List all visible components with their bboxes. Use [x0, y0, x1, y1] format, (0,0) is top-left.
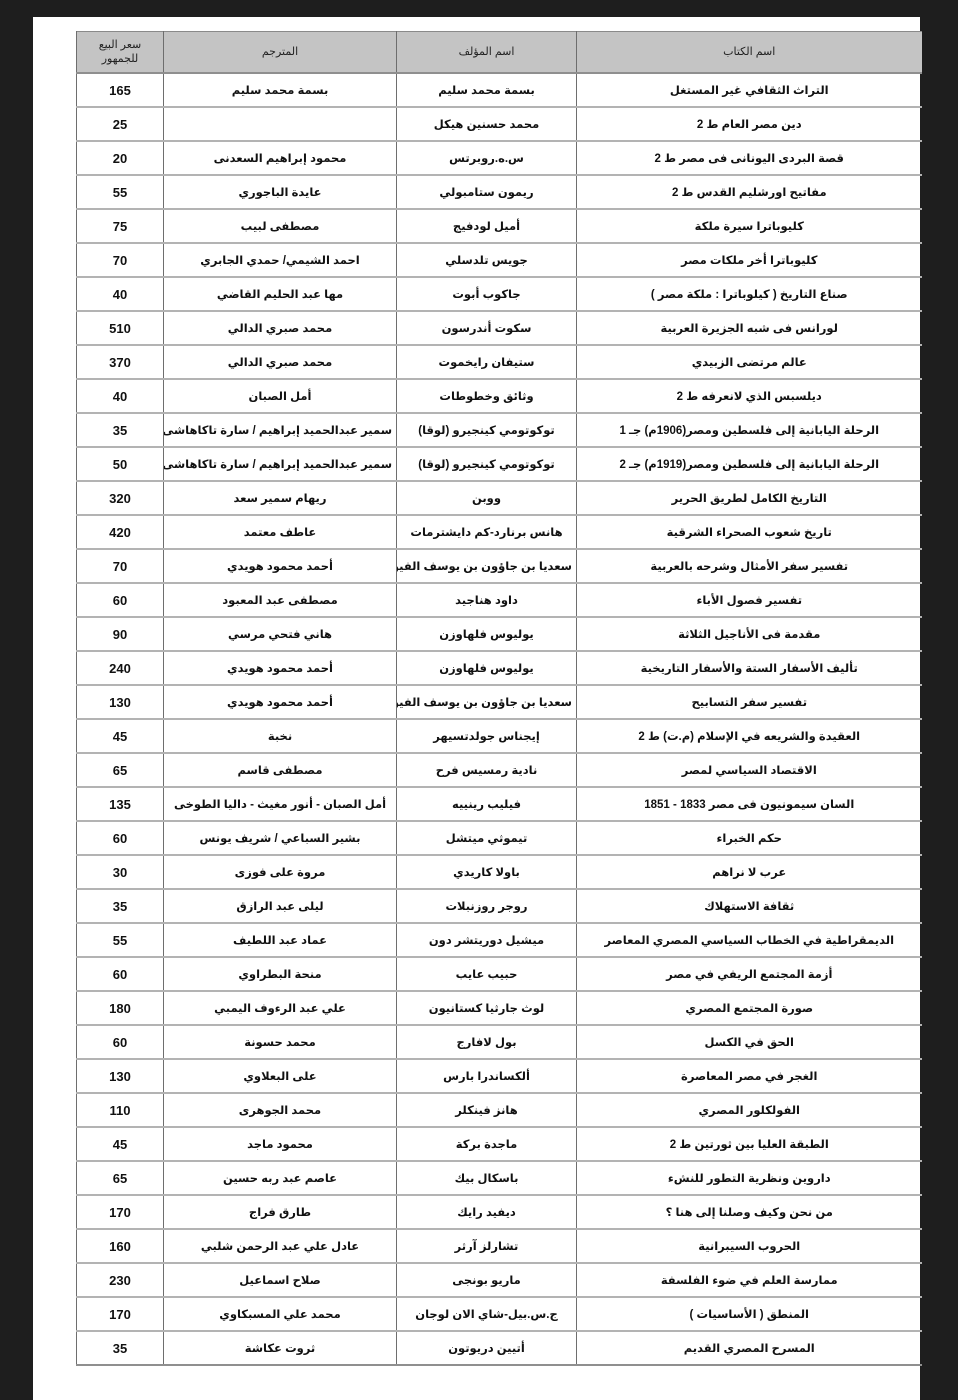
cell-price: 60 [77, 957, 164, 991]
cell-translator: أحمد محمود هويدي [164, 549, 397, 583]
table-row: المسرح المصري القديمأتيين دريوتونثروت عك… [77, 1331, 922, 1365]
cell-price: 55 [77, 175, 164, 209]
cell-translator: أمل الصبان [164, 379, 397, 413]
cell-translator: مها عبد الحليم القاضي [164, 277, 397, 311]
cell-title: الحروب السيبرانية [577, 1229, 922, 1263]
cell-price: 135 [77, 787, 164, 821]
table-row: العقيدة والشريعه في الإسلام (م.ت) ط 2إيج… [77, 719, 922, 753]
cell-translator: محمد الجوهرى [164, 1093, 397, 1127]
table-row: كليوباترا أخر ملكات مصرجويس تلدسلياحمد ا… [77, 243, 922, 277]
cell-title: تأليف الأسفار الستة والأسفار التاريخية [577, 651, 922, 685]
cell-price: 45 [77, 1127, 164, 1161]
cell-price: 40 [77, 379, 164, 413]
cell-title: كليوباترا أخر ملكات مصر [577, 243, 922, 277]
cell-title: الرحلة اليابانية إلى فلسطين ومصر(1906م) … [577, 413, 922, 447]
cell-title: تاريخ شعوب الصحراء الشرقية [577, 515, 922, 549]
cell-price: 170 [77, 1195, 164, 1229]
table-row: صورة المجتمع المصريلوث جارثيا كستانيونعل… [77, 991, 922, 1025]
cell-title: من نحن وكيف وصلنا إلى هنا ؟ [577, 1195, 922, 1229]
cell-price: 110 [77, 1093, 164, 1127]
cell-author: يوليوس فلهاوزن [397, 651, 577, 685]
table-row: الفولكلور المصريهانز فينكلرمحمد الجوهرى1… [77, 1093, 922, 1127]
cell-price: 30 [77, 855, 164, 889]
cell-author: باسكال بيك [397, 1161, 577, 1195]
cell-title: داروين ونظرية التطور للنشء [577, 1161, 922, 1195]
header-translator: المترجم [164, 32, 397, 74]
cell-author: تشارلز آرثر [397, 1229, 577, 1263]
cell-translator: عادل علي عبد الرحمن شلبي [164, 1229, 397, 1263]
table-row: المنطق ( الأساسيات )ج.س.بيل-شاي الان لوج… [77, 1297, 922, 1331]
cell-author: ووبن [397, 481, 577, 515]
cell-translator: نخبة [164, 719, 397, 753]
cell-author: بول لافارج [397, 1025, 577, 1059]
cell-author: ديفيد رايك [397, 1195, 577, 1229]
cell-author: هانس برنارد-كم دايشترمات [397, 515, 577, 549]
cell-title: عرب لا نراهم [577, 855, 922, 889]
cell-title: تفسير فصول الأباء [577, 583, 922, 617]
cell-price: 130 [77, 1059, 164, 1093]
table-row: مقدمة فى الأناجيل الثلاثةيوليوس فلهاوزنه… [77, 617, 922, 651]
cell-title: العقيدة والشريعه في الإسلام (م.ت) ط 2 [577, 719, 922, 753]
document-page: اسم الكتاب اسم المؤلف المترجم سعر البيع … [33, 17, 920, 1400]
table-row: الرحلة اليابانية إلى فلسطين ومصر(1906م) … [77, 413, 922, 447]
cell-price: 320 [77, 481, 164, 515]
cell-translator: مصطفى لبيب [164, 209, 397, 243]
cell-translator: هاني فتحي مرسي [164, 617, 397, 651]
cell-price: 70 [77, 243, 164, 277]
table-row: الرحلة اليابانية إلى فلسطين ومصر(1919م) … [77, 447, 922, 481]
cell-author: روجر روزنبلات [397, 889, 577, 923]
cell-title: لورانس فى شبه الجزيرة العربية [577, 311, 922, 345]
cell-author: ميشيل دوريتشر دون [397, 923, 577, 957]
cell-translator: ريهام سمير سعد [164, 481, 397, 515]
cell-price: 420 [77, 515, 164, 549]
cell-author: سكوت أندرسون [397, 311, 577, 345]
cell-title: مقدمة فى الأناجيل الثلاثة [577, 617, 922, 651]
cell-author: هانز فينكلر [397, 1093, 577, 1127]
cell-title: صناع التاريخ ( كيلوباترا : ملكة مصر ) [577, 277, 922, 311]
cell-title: قصة البردى اليونانى فى مصر ط 2 [577, 141, 922, 175]
table-row: عرب لا نراهمباولا كاريديمروة على فوزى30 [77, 855, 922, 889]
cell-title: الاقتصاد السياسي لمصر [577, 753, 922, 787]
cell-author: ج.س.بيل-شاي الان لوجان [397, 1297, 577, 1331]
cell-title: الطبقة العليا بين ثورتين ط 2 [577, 1127, 922, 1161]
cell-translator: احمد الشيمي/ حمدي الجابري [164, 243, 397, 277]
cell-translator: سمير عبدالحميد إبراهيم / سارة تاكاهاشى [164, 413, 397, 447]
cell-price: 130 [77, 685, 164, 719]
table-row: الطبقة العليا بين ثورتين ط 2ماجدة بركةمح… [77, 1127, 922, 1161]
cell-title: صورة المجتمع المصري [577, 991, 922, 1025]
cell-title: ثقافة الاستهلاك [577, 889, 922, 923]
cell-author: تيموثي ميتشل [397, 821, 577, 855]
cell-author: إيجناس جولدتسيهر [397, 719, 577, 753]
cell-author: أميل لودفيج [397, 209, 577, 243]
cell-translator: أحمد محمود هويدي [164, 685, 397, 719]
cell-translator: بسمة محمد سليم [164, 73, 397, 107]
cell-translator: محمد علي المسبكاوي [164, 1297, 397, 1331]
table-row: تاريخ شعوب الصحراء الشرقيةهانس برنارد-كم… [77, 515, 922, 549]
cell-title: المسرح المصري القديم [577, 1331, 922, 1365]
cell-author: وثائق وخطوطات [397, 379, 577, 413]
cell-price: 170 [77, 1297, 164, 1331]
cell-price: 230 [77, 1263, 164, 1297]
cell-author: سعديا بن جاؤون بن يوسف الفيومى [397, 549, 577, 583]
table-row: مفاتيح اورشليم القدس ط 2ريمون ستامبوليعا… [77, 175, 922, 209]
cell-price: 75 [77, 209, 164, 243]
table-row: ثقافة الاستهلاكروجر روزنبلاتليلى عبد الر… [77, 889, 922, 923]
cell-author: سعديا بن جاؤون بن يوسف الفيومى [397, 685, 577, 719]
cell-author: حبيب عايب [397, 957, 577, 991]
table-row: قصة البردى اليونانى فى مصر ط 2س.ه.روبرتس… [77, 141, 922, 175]
table-row: عالم مرتضى الزبيديستيفان رايخموتمحمد صبر… [77, 345, 922, 379]
cell-price: 35 [77, 1331, 164, 1365]
cell-translator: محمد حسونة [164, 1025, 397, 1059]
cell-translator: محمد صبري الدالي [164, 345, 397, 379]
cell-author: توكوتومي كينجيرو (لوقا) [397, 447, 577, 481]
cell-title: كليوباترا سيرة ملكة [577, 209, 922, 243]
table-row: السان سيمونيون فى مصر 1833 - 1851فيليب ر… [77, 787, 922, 821]
cell-price: 60 [77, 583, 164, 617]
cell-translator: بشير السباعي / شريف يونس [164, 821, 397, 855]
table-row: الديمقراطية في الخطاب السياسي المصري الم… [77, 923, 922, 957]
cell-title: المنطق ( الأساسيات ) [577, 1297, 922, 1331]
table-row: حكم الخبراءتيموثي ميتشلبشير السباعي / شر… [77, 821, 922, 855]
cell-translator: مروة على فوزى [164, 855, 397, 889]
cell-title: الفولكلور المصري [577, 1093, 922, 1127]
table-row: لورانس فى شبه الجزيرة العربيةسكوت أندرسو… [77, 311, 922, 345]
cell-title: دين مصر العام ط 2 [577, 107, 922, 141]
table-row: الغجر في مصر المعاصرةألكساندرا بارسعلى ا… [77, 1059, 922, 1093]
header-price: سعر البيع للجمهور [77, 32, 164, 74]
cell-translator: على البعلاوي [164, 1059, 397, 1093]
table-row: صناع التاريخ ( كيلوباترا : ملكة مصر )جاك… [77, 277, 922, 311]
cell-title: حكم الخبراء [577, 821, 922, 855]
table-header-row: اسم الكتاب اسم المؤلف المترجم سعر البيع … [77, 32, 922, 74]
header-title: اسم الكتاب [577, 32, 922, 74]
cell-price: 60 [77, 821, 164, 855]
cell-author: فيليب رينييه [397, 787, 577, 821]
table-row: التراث الثقافي غير المستغلبسمة محمد سليم… [77, 73, 922, 107]
cell-author: باولا كاريدي [397, 855, 577, 889]
cell-translator: سمير عبدالحميد إبراهيم / سارة تاكاهاشى [164, 447, 397, 481]
cell-author: يوليوس فلهاوزن [397, 617, 577, 651]
table-row: الاقتصاد السياسي لمصرنادية رمسيس فرحمصطف… [77, 753, 922, 787]
cell-author: محمد حسنين هيكل [397, 107, 577, 141]
cell-price: 165 [77, 73, 164, 107]
cell-translator: أمل الصبان - أنور مغيث - داليا الطوخى [164, 787, 397, 821]
cell-translator: محمود إبراهيم السعدنى [164, 141, 397, 175]
cell-translator: ليلى عبد الرازق [164, 889, 397, 923]
table-row: تفسير فصول الأباءداود هناجيدمصطفى عبد ال… [77, 583, 922, 617]
cell-translator: مصطفى عبد المعبود [164, 583, 397, 617]
cell-translator: عماد عبد اللطيف [164, 923, 397, 957]
cell-translator: علي عبد الرءوف اليمبي [164, 991, 397, 1025]
cell-price: 50 [77, 447, 164, 481]
cell-author: لوث جارثيا كستانيون [397, 991, 577, 1025]
table-row: تأليف الأسفار الستة والأسفار التاريخيةيو… [77, 651, 922, 685]
cell-title: التراث الثقافي غير المستغل [577, 73, 922, 107]
cell-title: ممارسة العلم في ضوء الفلسفة [577, 1263, 922, 1297]
book-price-table: اسم الكتاب اسم المؤلف المترجم سعر البيع … [76, 31, 922, 1366]
cell-title: الحق في الكسل [577, 1025, 922, 1059]
cell-author: ستيفان رايخموت [397, 345, 577, 379]
table-row: ممارسة العلم في ضوء الفلسفةماريو بونجىصل… [77, 1263, 922, 1297]
cell-price: 370 [77, 345, 164, 379]
cell-title: التاريخ الكامل لطريق الحرير [577, 481, 922, 515]
cell-author: ريمون ستامبولي [397, 175, 577, 209]
cell-title: تفسير سفر الأمثال وشرحه بالعربية [577, 549, 922, 583]
cell-price: 65 [77, 1161, 164, 1195]
header-price-line1: سعر البيع [81, 38, 159, 52]
cell-author: توكوتومي كينجيرو (لوقا) [397, 413, 577, 447]
cell-author: س.ه.روبرتس [397, 141, 577, 175]
cell-translator: محمود ماجد [164, 1127, 397, 1161]
cell-title: ديلسبس الذي لانعرفه ط 2 [577, 379, 922, 413]
cell-translator: صلاح اسماعيل [164, 1263, 397, 1297]
cell-price: 35 [77, 413, 164, 447]
cell-title: الرحلة اليابانية إلى فلسطين ومصر(1919م) … [577, 447, 922, 481]
cell-title: السان سيمونيون فى مصر 1833 - 1851 [577, 787, 922, 821]
cell-price: 25 [77, 107, 164, 141]
cell-price: 240 [77, 651, 164, 685]
table-row: كليوباترا سيرة ملكةأميل لودفيجمصطفى لبيب… [77, 209, 922, 243]
cell-author: جويس تلدسلي [397, 243, 577, 277]
table-row: داروين ونظرية التطور للنشءباسكال بيكعاصم… [77, 1161, 922, 1195]
cell-price: 160 [77, 1229, 164, 1263]
cell-price: 180 [77, 991, 164, 1025]
cell-price: 20 [77, 141, 164, 175]
cell-author: داود هناجيد [397, 583, 577, 617]
table-row: التاريخ الكامل لطريق الحريرووبنريهام سمي… [77, 481, 922, 515]
table-row: ديلسبس الذي لانعرفه ط 2وثائق وخطوطاتأمل … [77, 379, 922, 413]
cell-title: مفاتيح اورشليم القدس ط 2 [577, 175, 922, 209]
cell-author: جاكوب أبوت [397, 277, 577, 311]
table-row: تفسير سفر التسابيحسعديا بن جاؤون بن يوسف… [77, 685, 922, 719]
cell-translator: مصطفى قاسم [164, 753, 397, 787]
table-row: أزمة المجتمع الريفي في مصرحبيب عايبمنحة … [77, 957, 922, 991]
cell-title: الغجر في مصر المعاصرة [577, 1059, 922, 1093]
table-row: الحروب السيبرانيةتشارلز آرثرعادل علي عبد… [77, 1229, 922, 1263]
cell-translator: عايدة الباجوري [164, 175, 397, 209]
cell-price: 65 [77, 753, 164, 787]
cell-price: 40 [77, 277, 164, 311]
table-row: الحق في الكسلبول لافارجمحمد حسونة60 [77, 1025, 922, 1059]
cell-price: 55 [77, 923, 164, 957]
cell-translator: عاصم عبد ربه حسين [164, 1161, 397, 1195]
cell-translator: أحمد محمود هويدي [164, 651, 397, 685]
cell-translator: عاطف معتمد [164, 515, 397, 549]
cell-price: 60 [77, 1025, 164, 1059]
cell-author: ماجدة بركة [397, 1127, 577, 1161]
table-body: التراث الثقافي غير المستغلبسمة محمد سليم… [77, 73, 922, 1365]
cell-price: 90 [77, 617, 164, 651]
cell-author: ألكساندرا بارس [397, 1059, 577, 1093]
cell-author: أتيين دريوتون [397, 1331, 577, 1365]
table-row: دين مصر العام ط 2محمد حسنين هيكل25 [77, 107, 922, 141]
cell-title: أزمة المجتمع الريفي في مصر [577, 957, 922, 991]
cell-price: 510 [77, 311, 164, 345]
cell-translator: طارق فراج [164, 1195, 397, 1229]
cell-price: 70 [77, 549, 164, 583]
cell-price: 35 [77, 889, 164, 923]
table-row: من نحن وكيف وصلنا إلى هنا ؟ديفيد رايكطار… [77, 1195, 922, 1229]
cell-price: 45 [77, 719, 164, 753]
cell-translator: محمد صبري الدالي [164, 311, 397, 345]
cell-translator: منحة البطراوي [164, 957, 397, 991]
cell-title: عالم مرتضى الزبيدي [577, 345, 922, 379]
header-price-line2: للجمهور [81, 52, 159, 66]
cell-author: ماريو بونجى [397, 1263, 577, 1297]
cell-translator [164, 107, 397, 141]
header-author: اسم المؤلف [397, 32, 577, 74]
cell-author: نادية رمسيس فرح [397, 753, 577, 787]
cell-title: الديمقراطية في الخطاب السياسي المصري الم… [577, 923, 922, 957]
cell-author: بسمة محمد سليم [397, 73, 577, 107]
cell-title: تفسير سفر التسابيح [577, 685, 922, 719]
table-row: تفسير سفر الأمثال وشرحه بالعربيةسعديا بن… [77, 549, 922, 583]
cell-translator: ثروت عكاشة [164, 1331, 397, 1365]
